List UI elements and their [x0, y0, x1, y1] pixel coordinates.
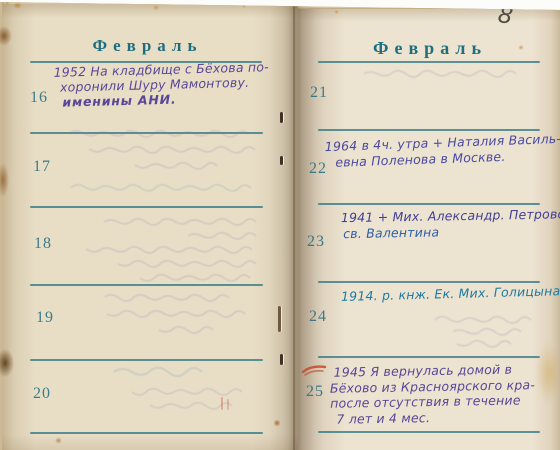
- divider-rule: [318, 431, 540, 433]
- divider-rule: [318, 61, 540, 63]
- day-number-16: 16: [30, 89, 48, 107]
- day-number-20: 20: [33, 385, 51, 403]
- book-gutter: [270, 0, 324, 450]
- diary-entry-25: 1945 Я вернулась домой в Бёхово из Красн…: [329, 361, 535, 427]
- binding-stitch: [280, 156, 283, 165]
- stain: [55, 437, 62, 444]
- day-number-18: 18: [34, 235, 52, 253]
- binding-stitch: [280, 112, 283, 123]
- stain: [536, 342, 560, 404]
- stain: [274, 419, 280, 427]
- divider-rule: [318, 281, 540, 283]
- ink-bleedthrough: [62, 356, 252, 416]
- diary-photo: Февраль 1952 На кладбище с Бёхова по- хо…: [0, 0, 560, 450]
- binding-stitch: [280, 354, 283, 365]
- stain: [334, 10, 339, 14]
- stain: [13, 2, 22, 9]
- red-ink-bleed: [227, 399, 229, 410]
- month-header-right: Февраль: [318, 38, 542, 59]
- ink-bleedthrough: [35, 290, 249, 338]
- month-header-left: Февраль: [30, 36, 265, 56]
- ink-bleedthrough: [330, 66, 520, 80]
- divider-rule: [30, 206, 263, 208]
- divider-rule: [30, 284, 263, 286]
- divider-rule: [30, 432, 263, 434]
- left-page: Февраль 1952 На кладбище с Бёхова по- хо…: [2, 4, 298, 450]
- stain: [241, 4, 247, 8]
- day-number-19: 19: [36, 309, 54, 327]
- ink-bleedthrough: [30, 214, 260, 284]
- diary-entry-23: 1941 + Мих. Александр. Петровский св. Ва…: [341, 206, 560, 242]
- divider-rule: [318, 356, 540, 358]
- stain: [152, 5, 160, 10]
- divider-rule: [318, 203, 540, 205]
- gutter-crease: [293, 0, 295, 450]
- open-diary-book: Февраль 1952 На кладбище с Бёхова по- хо…: [0, 0, 560, 450]
- diary-entry-16: 1952 На кладбище с Бёхова по- хоронили Ш…: [53, 59, 269, 110]
- day-number-17: 17: [33, 158, 51, 176]
- divider-rule: [318, 129, 540, 131]
- ink-bleedthrough: [35, 126, 257, 200]
- red-ink-bleed: [221, 397, 223, 410]
- binding-stitch: [278, 306, 281, 332]
- ink-bleedthrough: [395, 312, 535, 350]
- stain: [518, 45, 524, 50]
